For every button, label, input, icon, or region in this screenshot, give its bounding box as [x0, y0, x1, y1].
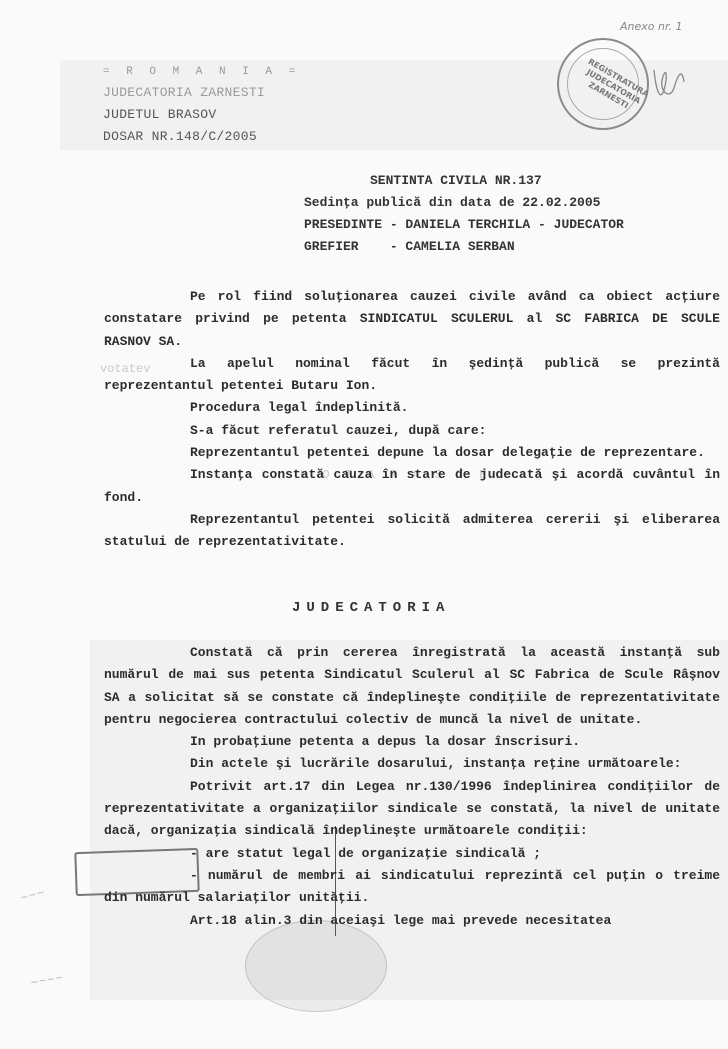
header-file-number: DOSAR NR.148/C/2005	[103, 129, 257, 144]
paragraph: Art.18 alin.3 din aceiaşi lege mai preve…	[104, 910, 720, 932]
annex-label: Anexo nr. 1	[620, 20, 682, 33]
header-country: = R O M A N I A =	[103, 66, 300, 78]
header-county: JUDETUL BRASOV	[103, 107, 216, 122]
paragraph: Reprezentantul petentei depune la dosar …	[104, 442, 720, 464]
paragraph: Din actele şi lucrările dosarului, insta…	[104, 753, 720, 775]
session-line: Sedinţa publică din data de 22.02.2005	[304, 192, 624, 214]
handwritten-note: ~~~~	[29, 972, 64, 989]
condition-item: - numărul de membri ai sindicatului repr…	[104, 865, 720, 910]
sentence-title-block: SENTINTA CIVILA NR.137 Sedinţa publică d…	[304, 170, 624, 258]
condition-item: - are statut legal de organizaţie sindic…	[104, 843, 720, 865]
section-title: JUDECATORIA	[292, 600, 450, 616]
paragraph: In probaţiune petenta a depus la dosar î…	[104, 731, 720, 753]
handwritten-note: ~~~	[19, 887, 46, 904]
paragraph: La apelul nominal făcut în şedinţă publi…	[104, 353, 720, 398]
paragraph: Reprezentantul petentei solicită admiter…	[104, 509, 720, 554]
paragraph: Potrivit art.17 din Legea nr.130/1996 în…	[104, 776, 720, 843]
signature-icon	[650, 60, 690, 105]
paragraph: Procedura legal îndeplinită.	[104, 397, 720, 419]
sentence-title: SENTINTA CIVILA NR.137	[304, 170, 624, 192]
paragraph: Pe rol fiind soluţionarea cauzei civile …	[104, 286, 720, 353]
round-stamp-icon	[245, 920, 387, 1012]
body-part-2: Constată că prin cererea înregistrată la…	[104, 642, 720, 932]
paragraph: Constată că prin cererea înregistrată la…	[104, 642, 720, 731]
body-part-1: Pe rol fiind soluţionarea cauzei civile …	[104, 286, 720, 554]
president-line: PRESEDINTE - DANIELA TERCHILA - JUDECATO…	[304, 214, 624, 236]
scanned-document-page: Anexo nr. 1 = R O M A N I A = JUDECATORI…	[0, 0, 728, 1049]
header-court: JUDECATORIA ZARNESTI	[103, 85, 265, 100]
paragraph: Instanţa constată cauza în stare de jude…	[104, 464, 720, 509]
clerk-line: GREFIER - CAMELIA SERBAN	[304, 236, 624, 258]
paragraph: S-a făcut referatul cauzei, după care:	[104, 420, 720, 442]
